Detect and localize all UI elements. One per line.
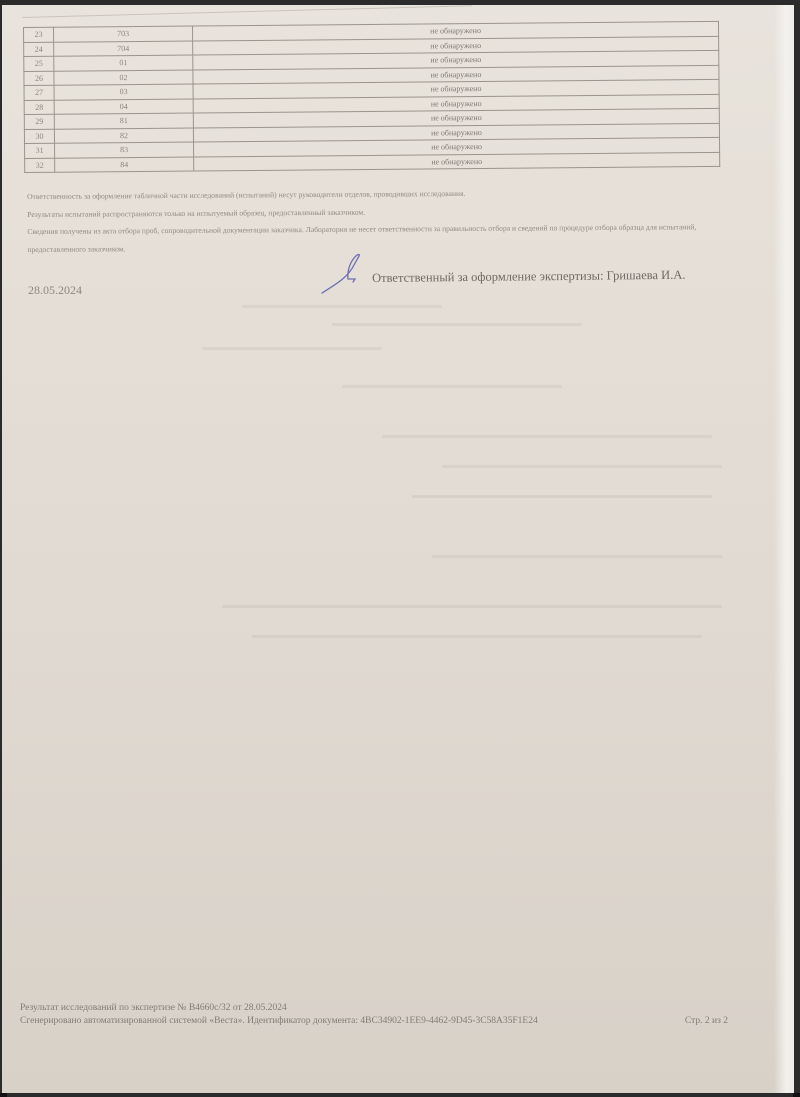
sample-code: 02: [54, 70, 193, 86]
row-number: 30: [24, 129, 54, 144]
sample-code: 82: [54, 128, 193, 144]
results-table: 23703не обнаружено24704не обнаружено2501…: [23, 21, 720, 173]
page-edge-line: [22, 5, 472, 18]
sample-code: 81: [54, 113, 193, 129]
sample-code: 04: [54, 99, 193, 115]
photo-corner: [793, 1093, 800, 1097]
sample-code: 83: [55, 142, 194, 158]
row-number: 31: [25, 143, 55, 158]
photo-corner: [0, 1093, 7, 1097]
page-number: Стр. 2 из 2: [685, 1015, 728, 1028]
sample-code: 703: [54, 26, 193, 42]
row-number: 24: [24, 42, 54, 57]
row-number: 23: [24, 27, 54, 42]
row-number: 27: [24, 85, 54, 100]
responsible-person: Ответственный за оформление экспертизы: …: [372, 268, 686, 286]
page-footer: Результат исследований по экспертизе № В…: [20, 1002, 750, 1028]
footer-expertise-ref: Результат исследований по экспертизе № В…: [20, 1002, 287, 1015]
sample-code: 704: [54, 41, 193, 57]
document-page: 23703не обнаружено24704не обнаружено2501…: [2, 5, 794, 1093]
sample-code: 84: [55, 157, 194, 173]
row-number: 26: [24, 71, 54, 86]
row-number: 32: [25, 158, 55, 173]
signature-mark: [320, 249, 380, 299]
notes-block: Ответственность за оформление табличной …: [27, 183, 727, 258]
row-number: 29: [24, 114, 54, 129]
row-number: 25: [24, 56, 54, 71]
row-number: 28: [24, 100, 54, 115]
footer-generated-id: Сгенерировано автоматизированной системо…: [20, 1015, 538, 1028]
sample-code: 01: [54, 55, 193, 71]
document-date: 28.05.2024: [28, 283, 82, 298]
sample-code: 03: [54, 84, 193, 100]
